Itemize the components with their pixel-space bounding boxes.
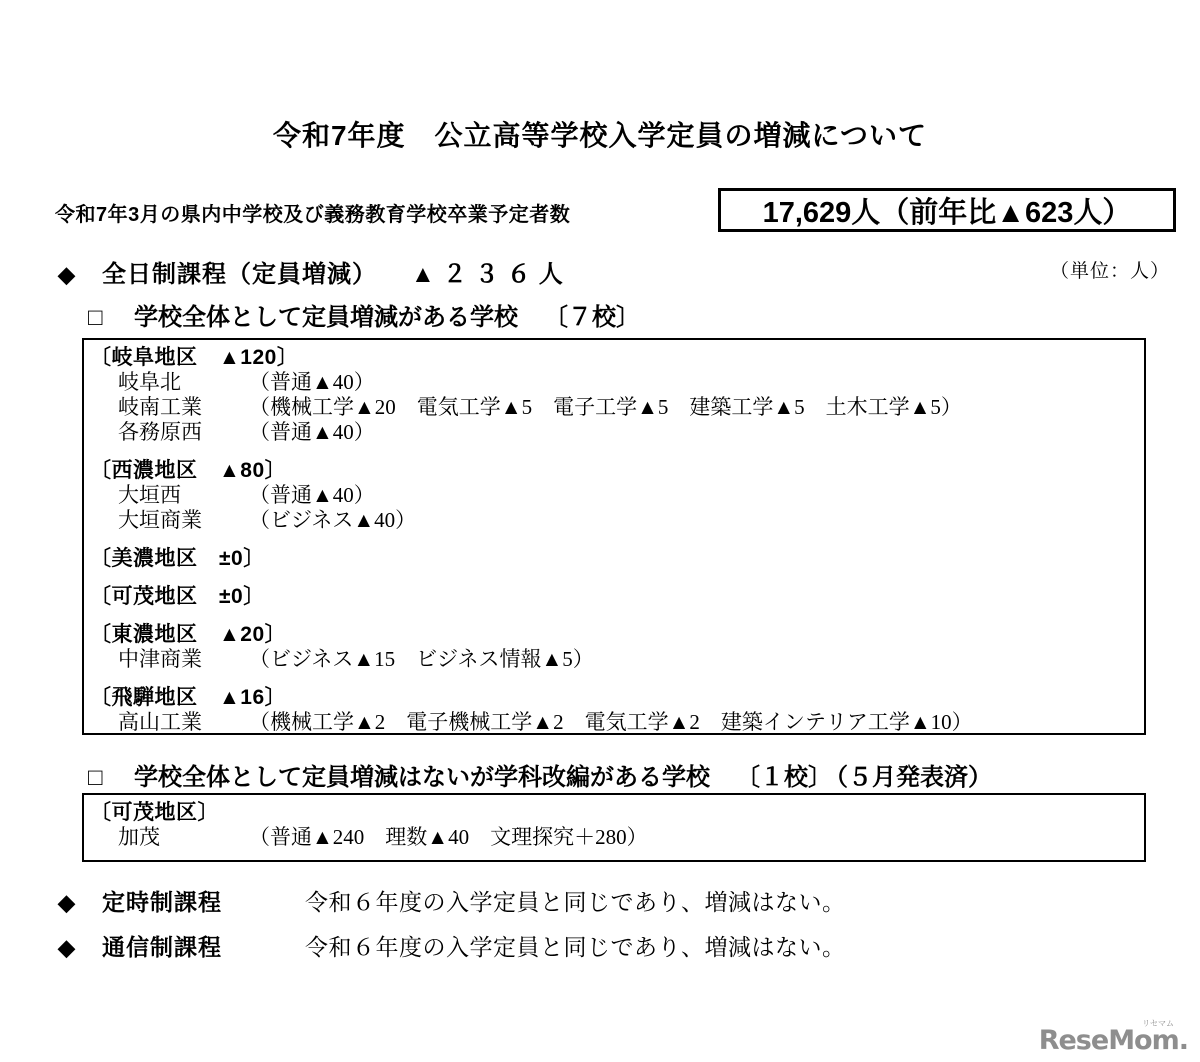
district-header: 〔美濃地区 ±0〕 bbox=[90, 546, 1136, 571]
school-row: 中津商業 （ビジネス▲15 ビジネス情報▲5） bbox=[90, 647, 1136, 672]
correspondence-course-description: 令和６年度の入学定員と同じであり、増減はない。 bbox=[305, 929, 846, 962]
district-header: 〔東濃地区 ▲20〕 bbox=[90, 622, 1136, 647]
section2-heading: □学校全体として定員増減はないが学科改編がある学校〔１校〕（５月発表済） bbox=[88, 757, 992, 792]
district-header: 〔可茂地区〕 bbox=[90, 800, 1136, 825]
school-row: 岐南工業 （機械工学▲20 電気工学▲5 電子工学▲5 建築工学▲5 土木工学▲… bbox=[90, 395, 1136, 420]
parttime-course-row: ◆ 定時制課程 令和６年度の入学定員と同じであり、増減はない。 bbox=[58, 884, 1158, 917]
reorganization-box: 〔可茂地区〕 加茂 （普通▲240 理数▲40 文理探究＋280） bbox=[82, 793, 1146, 862]
district-group-hida: 〔飛騨地区 ▲16〕 高山工業 （機械工学▲2 電子機械工学▲2 電気工学▲2 … bbox=[90, 685, 1136, 735]
district-group-mino: 〔美濃地区 ±0〕 bbox=[90, 546, 1136, 571]
school-detail: （普通▲40） bbox=[249, 420, 1136, 445]
district-group-kamo: 〔可茂地区 ±0〕 bbox=[90, 584, 1136, 609]
resemom-logo: リセマムReseMom. bbox=[1039, 1025, 1188, 1056]
graduates-label: 令和7年3月の県内中学校及び義務教育学校卒業予定者数 bbox=[55, 198, 570, 227]
school-row: 各務原西 （普通▲40） bbox=[90, 420, 1136, 445]
square-bullet-icon: □ bbox=[88, 764, 134, 792]
section2-heading-text: 学校全体として定員増減はないが学科改編がある学校 bbox=[134, 764, 710, 791]
school-detail: （機械工学▲2 電子機械工学▲2 電気工学▲2 建築インテリア工学▲10） bbox=[249, 710, 1136, 735]
section2-note: （５月発表済） bbox=[836, 764, 992, 791]
graduates-value: 17,629人（前年比▲623人） bbox=[763, 190, 1132, 231]
parttime-course-description: 令和６年度の入学定員と同じであり、増減はない。 bbox=[305, 884, 846, 917]
school-name: 大垣商業 bbox=[118, 508, 249, 533]
diamond-bullet-icon: ◆ bbox=[58, 262, 102, 288]
school-detail: （機械工学▲20 電気工学▲5 電子工学▲5 建築工学▲5 土木工学▲5） bbox=[249, 395, 1136, 420]
parttime-course-label: 定時制課程 bbox=[102, 884, 305, 917]
document-page: 令和7年度 公立高等学校入学定員の増減について 令和7年3月の県内中学校及び義務… bbox=[0, 0, 1200, 1062]
correspondence-course-row: ◆ 通信制課程 令和６年度の入学定員と同じであり、増減はない。 bbox=[58, 929, 1158, 962]
school-name: 加茂 bbox=[118, 825, 249, 850]
square-bullet-icon: □ bbox=[88, 304, 134, 332]
school-row: 大垣商業 （ビジネス▲40） bbox=[90, 508, 1136, 533]
fulltime-course-row: ◆全日制課程（定員増減）▲２３６人 bbox=[58, 254, 1162, 289]
school-detail: （ビジネス▲15 ビジネス情報▲5） bbox=[249, 647, 1136, 672]
resemom-logo-text: ReseMom. bbox=[1039, 1025, 1188, 1056]
school-name: 大垣西 bbox=[118, 483, 249, 508]
graduates-value-box: 17,629人（前年比▲623人） bbox=[718, 188, 1176, 232]
resemom-logo-ruby: リセマム bbox=[1142, 1018, 1174, 1029]
district-header: 〔西濃地区 ▲80〕 bbox=[90, 458, 1136, 483]
school-name: 岐阜北 bbox=[118, 370, 249, 395]
fulltime-course-change: ▲２３６人 bbox=[411, 261, 571, 288]
section1-heading-text: 学校全体として定員増減がある学校 bbox=[134, 304, 518, 331]
section1-heading: □学校全体として定員増減がある学校〔７校〕 bbox=[88, 297, 640, 332]
school-detail: （普通▲40） bbox=[249, 483, 1136, 508]
diamond-bullet-icon: ◆ bbox=[58, 935, 102, 961]
school-name: 各務原西 bbox=[118, 420, 249, 445]
district-group-seino: 〔西濃地区 ▲80〕 大垣西 （普通▲40） 大垣商業 （ビジネス▲40） bbox=[90, 458, 1136, 533]
district-header: 〔可茂地区 ±0〕 bbox=[90, 584, 1136, 609]
school-name: 高山工業 bbox=[118, 710, 249, 735]
section2-school-count: 〔１校〕 bbox=[736, 764, 832, 791]
fulltime-course-label: 全日制課程（定員増減） bbox=[102, 261, 377, 288]
page-title: 令和7年度 公立高等学校入学定員の増減について bbox=[0, 114, 1200, 154]
correspondence-course-label: 通信制課程 bbox=[102, 929, 305, 962]
school-detail: （普通▲40） bbox=[249, 370, 1136, 395]
school-row: 大垣西 （普通▲40） bbox=[90, 483, 1136, 508]
school-detail: （普通▲240 理数▲40 文理探究＋280） bbox=[249, 825, 1136, 850]
school-row: 加茂 （普通▲240 理数▲40 文理探究＋280） bbox=[90, 825, 1136, 850]
district-group-gifu: 〔岐阜地区 ▲120〕 岐阜北 （普通▲40） 岐南工業 （機械工学▲20 電気… bbox=[90, 345, 1136, 445]
unit-note: （単位：人） bbox=[1000, 256, 1170, 283]
school-detail: （ビジネス▲40） bbox=[249, 508, 1136, 533]
district-header: 〔岐阜地区 ▲120〕 bbox=[90, 345, 1136, 370]
school-row: 高山工業 （機械工学▲2 電子機械工学▲2 電気工学▲2 建築インテリア工学▲1… bbox=[90, 710, 1136, 735]
capacity-change-box: 〔岐阜地区 ▲120〕 岐阜北 （普通▲40） 岐南工業 （機械工学▲20 電気… bbox=[82, 338, 1146, 735]
district-group-kamo2: 〔可茂地区〕 加茂 （普通▲240 理数▲40 文理探究＋280） bbox=[90, 800, 1136, 850]
district-header: 〔飛騨地区 ▲16〕 bbox=[90, 685, 1136, 710]
district-group-tono: 〔東濃地区 ▲20〕 中津商業 （ビジネス▲15 ビジネス情報▲5） bbox=[90, 622, 1136, 672]
school-name: 中津商業 bbox=[118, 647, 249, 672]
diamond-bullet-icon: ◆ bbox=[58, 890, 102, 916]
graduates-row: 令和7年3月の県内中学校及び義務教育学校卒業予定者数 17,629人（前年比▲6… bbox=[55, 188, 1175, 234]
section1-school-count: 〔７校〕 bbox=[544, 304, 640, 331]
school-name: 岐南工業 bbox=[118, 395, 249, 420]
school-row: 岐阜北 （普通▲40） bbox=[90, 370, 1136, 395]
